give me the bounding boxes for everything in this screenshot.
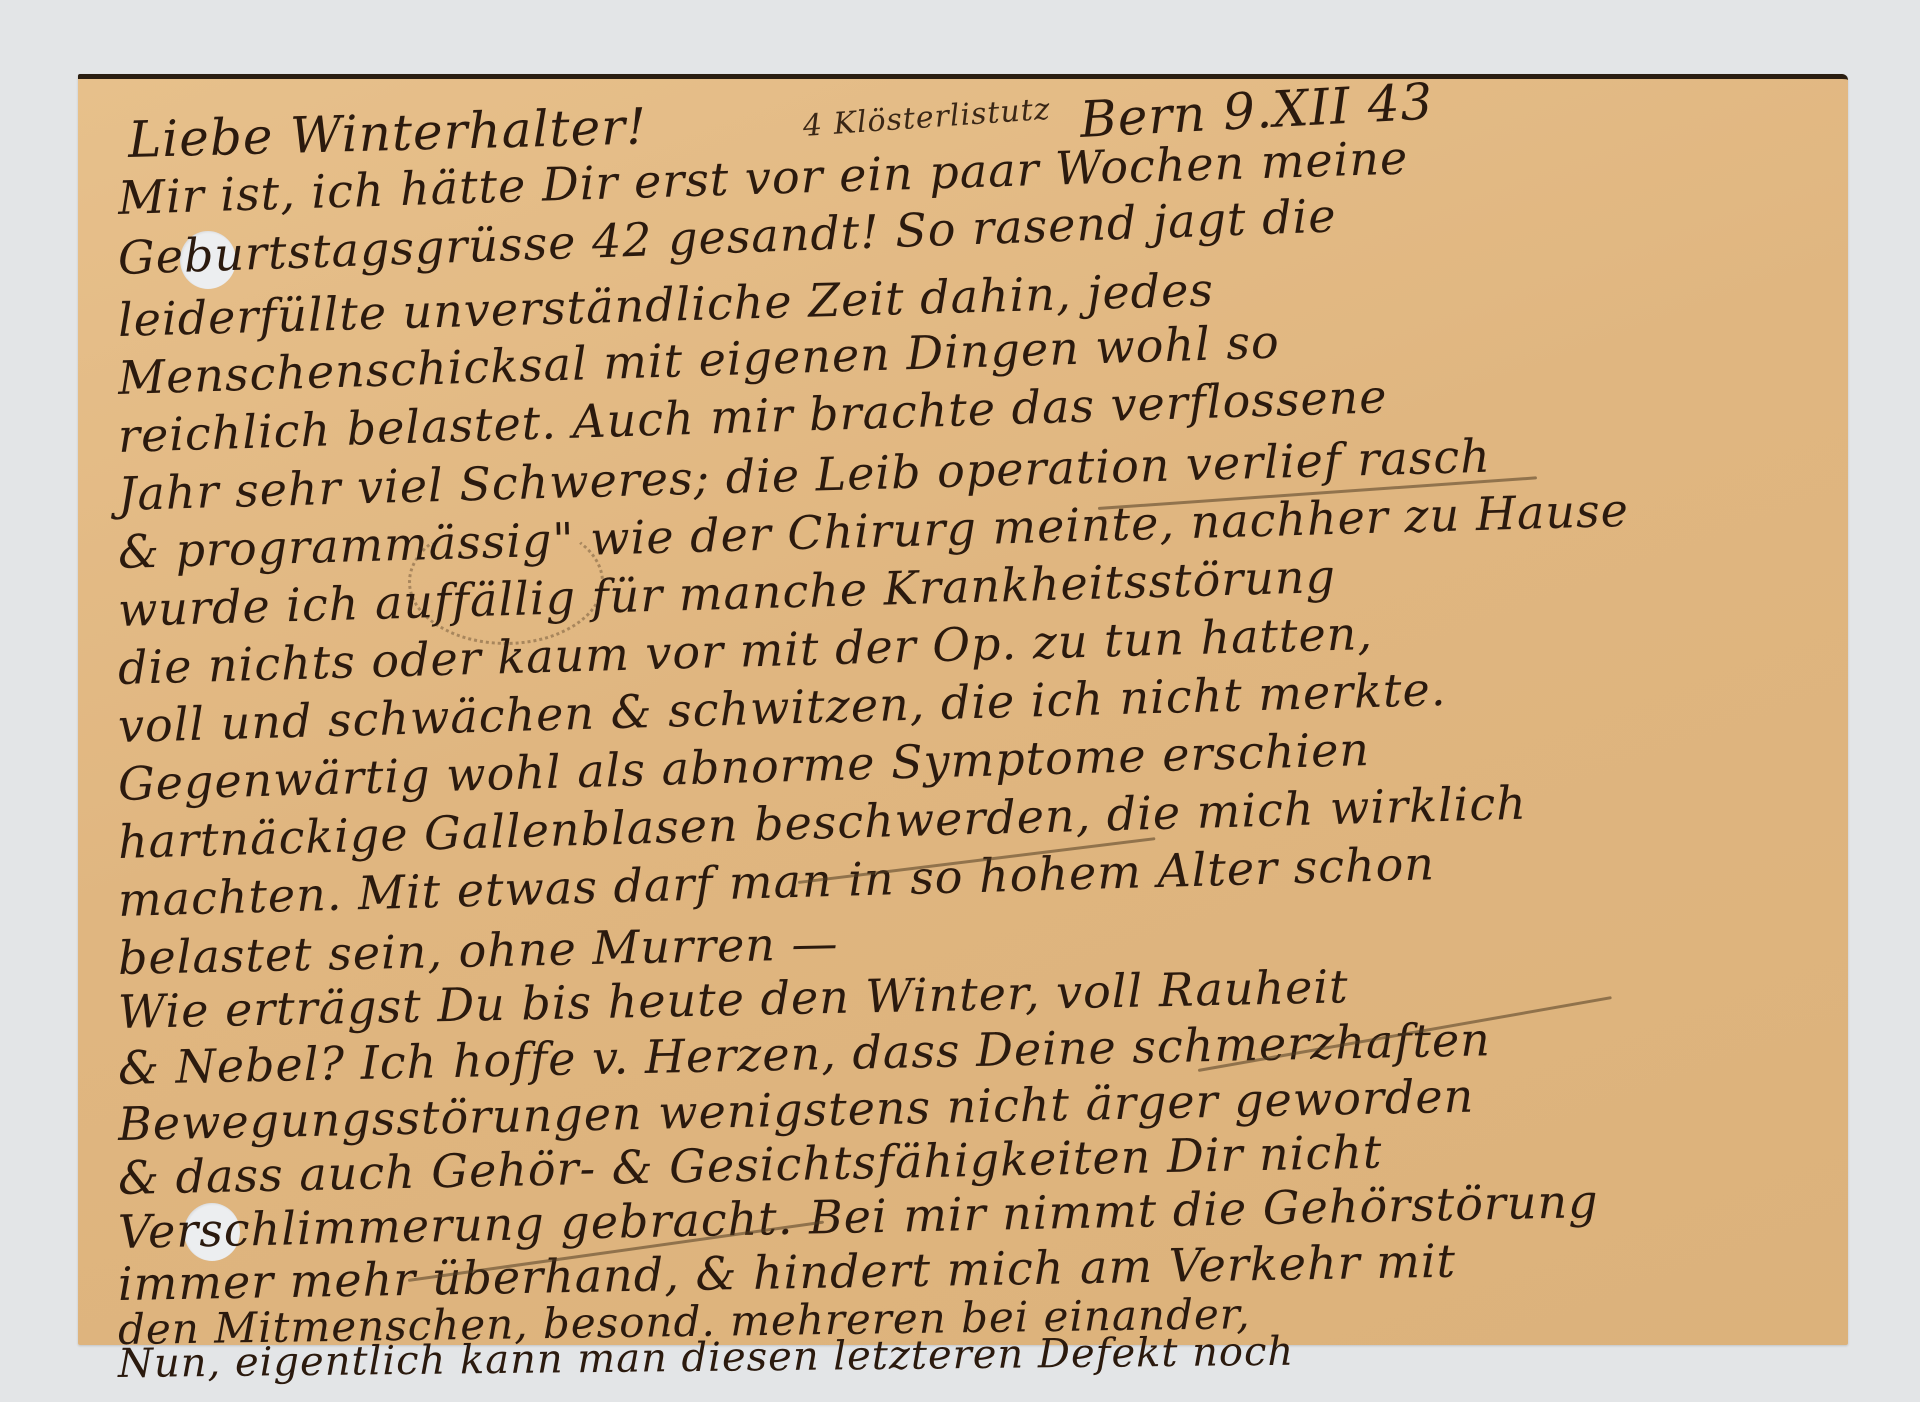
postcard: Liebe Winterhalter! 4 Klösterlistutz Ber… [78,74,1848,1345]
sender-address: 4 Klösterlistutz [802,92,1052,144]
